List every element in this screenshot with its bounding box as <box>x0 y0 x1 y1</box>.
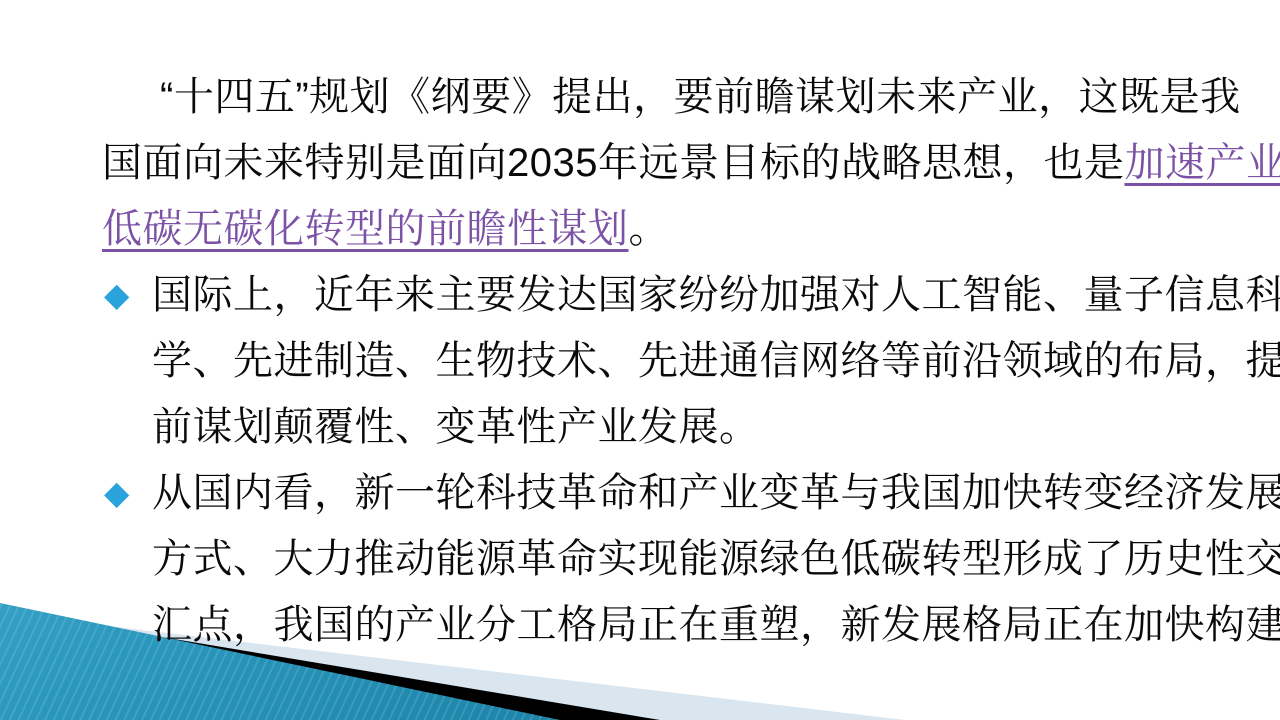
text-segment: “十四五”规划《纲要》提出，要前瞻谋划未来产业，这既是我 <box>160 75 1241 119</box>
bullet-line: 国际上，近年来主要发达国家纷纷加强对人工智能、量子信息科 <box>152 262 1240 328</box>
bullet-line: 汇点，我国的产业分工格局正在重塑，新发展格局正在加快构建。 <box>152 592 1240 658</box>
bullet-item: ◆国际上，近年来主要发达国家纷纷加强对人工智能、量子信息科学、先进制造、生物技术… <box>102 262 1240 460</box>
bullet-line: 方式、大力推动能源革命实现能源绿色低碳转型形成了历史性交 <box>152 526 1240 592</box>
bullet-line: 从国内看，新一轮科技革命和产业变革与我国加快转变经济发展 <box>152 460 1240 526</box>
text-segment: 。 <box>629 207 670 251</box>
intro-line: 国面向未来特别是面向2035年远景目标的战略思想，也是加速产业 <box>102 130 1240 196</box>
intro-paragraph: “十四五”规划《纲要》提出，要前瞻谋划未来产业，这既是我国面向未来特别是面向20… <box>102 64 1240 262</box>
slide-body-text: “十四五”规划《纲要》提出，要前瞻谋划未来产业，这既是我国面向未来特别是面向20… <box>102 64 1240 658</box>
bullet-item: ◆从国内看，新一轮科技革命和产业变革与我国加快转变经济发展方式、大力推动能源革命… <box>102 460 1240 658</box>
bullet-line: 学、先进制造、生物技术、先进通信网络等前沿领域的布局，提 <box>152 328 1240 394</box>
intro-line: “十四五”规划《纲要》提出，要前瞻谋划未来产业，这既是我 <box>102 64 1240 130</box>
bullet-list: ◆国际上，近年来主要发达国家纷纷加强对人工智能、量子信息科学、先进制造、生物技术… <box>102 262 1240 658</box>
intro-line: 低碳无碳化转型的前瞻性谋划。 <box>102 196 1240 262</box>
diamond-bullet-icon: ◆ <box>104 262 129 328</box>
highlighted-text: 低碳无碳化转型的前瞻性谋划 <box>102 207 629 251</box>
presentation-slide: “十四五”规划《纲要》提出，要前瞻谋划未来产业，这既是我国面向未来特别是面向20… <box>0 0 1280 720</box>
bullet-line: 前谋划颠覆性、变革性产业发展。 <box>152 394 1240 460</box>
text-segment: 国面向未来特别是面向2035年远景目标的战略思想，也是 <box>102 141 1124 185</box>
diamond-bullet-icon: ◆ <box>104 460 129 526</box>
highlighted-text: 加速产业 <box>1124 141 1280 185</box>
